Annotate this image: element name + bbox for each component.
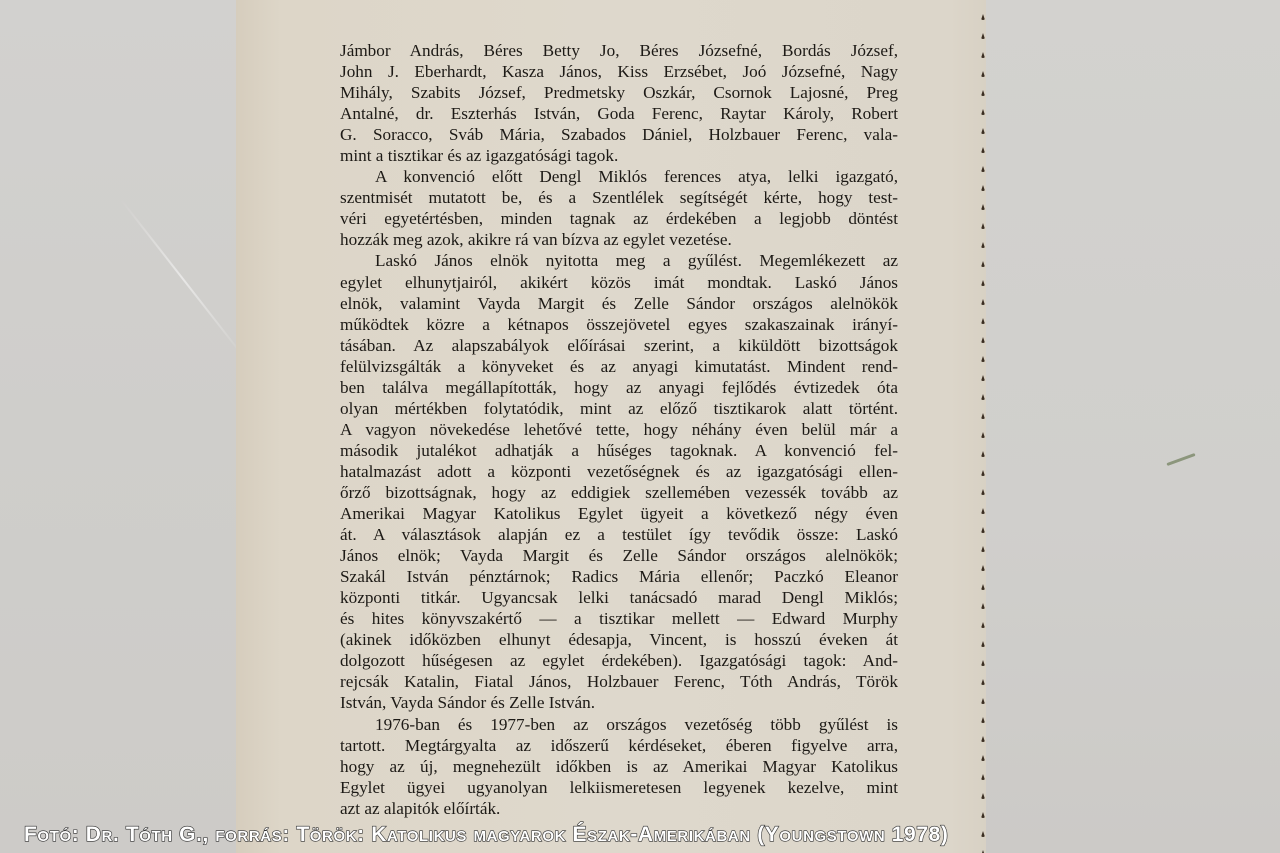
text-line: elnök, valamint Vayda Margit és Zelle Sá… [340, 293, 898, 314]
background-crease [120, 199, 245, 358]
perforation-hole [981, 147, 985, 153]
perforation-hole [981, 679, 985, 685]
text-line: Antalné, dr. Eszterhás István, Goda Fere… [340, 103, 898, 124]
perforation-hole [981, 508, 985, 514]
text-line: központi titkár. Ugyancsak lelki tanácsa… [340, 587, 898, 608]
text-line: működtek közre a kétnapos összejövetel e… [340, 314, 898, 335]
photo-credit-caption: Fotó: Dr. Tóth G., forrás: Török: Katoli… [24, 823, 949, 847]
text-line: Laskó János elnök nyitotta meg a gyűlést… [340, 250, 898, 271]
text-line: Mihály, Szabits József, Predmetsky Oszká… [340, 82, 898, 103]
text-line: mint a tisztikar és az igazgatósági tago… [340, 145, 898, 166]
perforation-hole [981, 261, 985, 267]
text-line: át. A választások alapján ez a testület … [340, 524, 898, 545]
perforation-hole [981, 223, 985, 229]
text-line: olyan mértékben folytatódik, mint az elő… [340, 398, 898, 419]
perforation-hole [981, 717, 985, 723]
perforated-edge [978, 0, 988, 853]
perforation-hole [981, 641, 985, 647]
perforation-hole [981, 755, 985, 761]
page-body-text: Jámbor András, Béres Betty Jo, Béres Józ… [340, 40, 898, 819]
perforation-hole [981, 109, 985, 115]
perforation-hole [981, 299, 985, 305]
perforation-hole [981, 660, 985, 666]
perforation-hole [981, 280, 985, 286]
background-right [986, 0, 1280, 853]
text-line: hogy az új, megnehezült időkben is az Am… [340, 756, 898, 777]
perforation-hole [981, 527, 985, 533]
text-line: A konvenció előtt Dengl Miklós ferences … [340, 166, 898, 187]
perforation-hole [981, 318, 985, 324]
text-line: Egylet ügyei ugyanolyan lelkiismeretesen… [340, 777, 898, 798]
paragraph: Jámbor András, Béres Betty Jo, Béres Józ… [340, 40, 898, 166]
perforation-hole [981, 451, 985, 457]
paragraph: 1976-ban és 1977-ben az országos vezetős… [340, 714, 898, 819]
text-line: hatalmazást adott a központi vezetőségne… [340, 461, 898, 482]
text-line: ben találva megállapították, hogy az any… [340, 377, 898, 398]
perforation-hole [981, 603, 985, 609]
perforation-hole [981, 698, 985, 704]
perforation-hole [981, 185, 985, 191]
perforation-hole [981, 71, 985, 77]
perforation-hole [981, 52, 985, 58]
text-line: szentmisét mutatott be, és a Szentlélek … [340, 187, 898, 208]
perforation-hole [981, 584, 985, 590]
perforation-hole [981, 128, 985, 134]
perforation-hole [981, 546, 985, 552]
perforation-hole [981, 736, 985, 742]
text-line: Szakál István pénztárnok; Radics Mária e… [340, 566, 898, 587]
perforation-hole [981, 793, 985, 799]
text-line: hozzák meg azok, akikre rá van bízva az … [340, 229, 898, 250]
perforation-hole [981, 356, 985, 362]
text-line: (akinek időközben elhunyt édesapja, Vinc… [340, 629, 898, 650]
text-line: János elnök; Vayda Margit és Zelle Sándo… [340, 545, 898, 566]
text-line: második jutalékot adhatják a hűséges tag… [340, 440, 898, 461]
text-line: 1976-ban és 1977-ben az országos vezetős… [340, 714, 898, 735]
text-line: A vagyon növekedése lehetővé tette, hogy… [340, 419, 898, 440]
text-line: tásában. Az alapszabályok előírásai szer… [340, 335, 898, 356]
paragraph: Laskó János elnök nyitotta meg a gyűlést… [340, 250, 898, 713]
perforation-hole [981, 489, 985, 495]
text-line: John J. Eberhardt, Kasza János, Kiss Erz… [340, 61, 898, 82]
perforation-hole [981, 337, 985, 343]
text-line: dolgozott hűségesen az egylet érdekében)… [340, 650, 898, 671]
text-line: véri egyetértésben, minden tagnak az érd… [340, 208, 898, 229]
perforation-hole [981, 90, 985, 96]
perforation-hole [981, 774, 985, 780]
perforation-hole [981, 565, 985, 571]
perforation-hole [981, 831, 985, 837]
perforation-hole [981, 14, 985, 20]
perforation-hole [981, 204, 985, 210]
perforation-hole [981, 413, 985, 419]
perforation-hole [981, 470, 985, 476]
perforation-hole [981, 242, 985, 248]
text-line: egylet elhunytjairól, akikért közös imát… [340, 272, 898, 293]
text-line: István, Vayda Sándor és Zelle István. [340, 692, 898, 713]
text-line: Jámbor András, Béres Betty Jo, Béres Józ… [340, 40, 898, 61]
text-line: tartott. Megtárgyalta az időszerű kérdés… [340, 735, 898, 756]
perforation-hole [981, 432, 985, 438]
perforation-hole [981, 375, 985, 381]
perforation-hole [981, 166, 985, 172]
text-line: felülvizsgálták a könyveket és az anyagi… [340, 356, 898, 377]
text-line: azt az alapitók előírták. [340, 798, 898, 819]
background-mark [1166, 453, 1195, 466]
photo-scene: Jámbor András, Béres Betty Jo, Béres Józ… [0, 0, 1280, 853]
perforation-hole [981, 33, 985, 39]
text-line: őrző bizottságnak, hogy az eddigiek szel… [340, 482, 898, 503]
paragraph: A konvenció előtt Dengl Miklós ferences … [340, 166, 898, 250]
text-line: rejcsák Katalin, Fiatal János, Holzbauer… [340, 671, 898, 692]
text-line: Amerikai Magyar Katolikus Egylet ügyeit … [340, 503, 898, 524]
text-line: és hites könyvszakértő — a tisztikar mel… [340, 608, 898, 629]
background-left [0, 0, 236, 853]
text-line: G. Soracco, Sváb Mária, Szabados Dániel,… [340, 124, 898, 145]
perforation-hole [981, 622, 985, 628]
perforation-hole [981, 812, 985, 818]
perforation-hole [981, 394, 985, 400]
